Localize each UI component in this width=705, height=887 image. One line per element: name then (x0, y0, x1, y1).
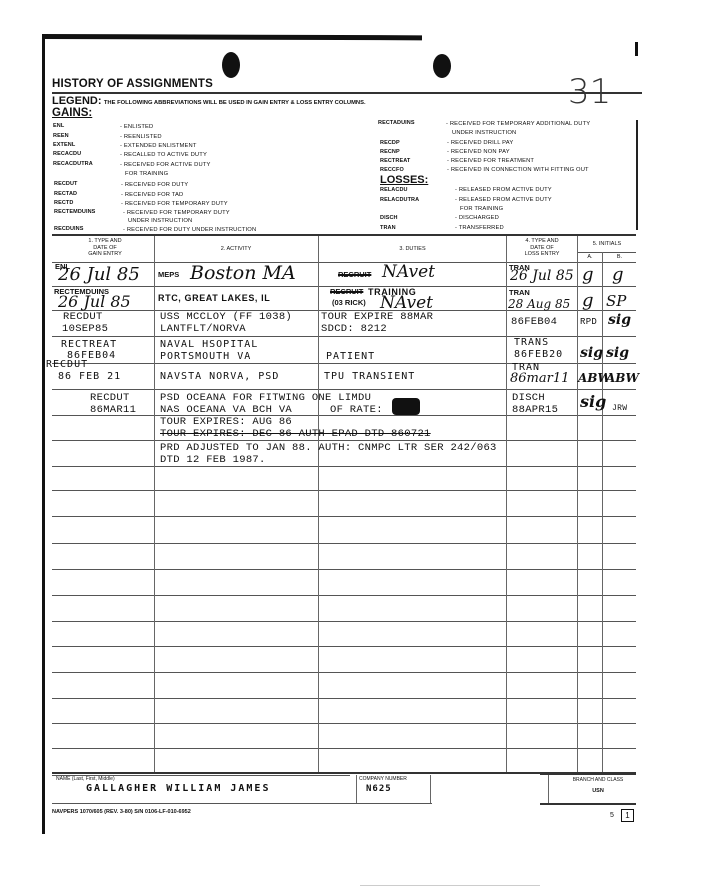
loss-type: TRANS (514, 337, 549, 348)
gain-desc: - RECEIVED FOR TEMPORARY DUTY (123, 210, 230, 216)
punch-hole-right (433, 54, 451, 78)
gain-desc: - RECEIVED FOR TAD (121, 192, 183, 198)
initials-b-signature: ABW (606, 371, 639, 385)
initials-b: g (612, 264, 624, 285)
col-header-gain: 1. TYPE AND DATE OF GAIN ENTRY (60, 238, 150, 258)
loss-type: TRAN (509, 288, 530, 297)
gain-desc-cont: FOR TRAINING (125, 171, 168, 177)
gain-desc: - RECEIVED IN CONNECTION WITH FITTING OU… (447, 167, 589, 173)
legend-text: THE FOLLOWING ABBREVIATIONS WILL BE USED… (104, 100, 366, 106)
name-value: GALLAGHER WILLIAM JAMES (86, 783, 270, 794)
activity-line-2: PORTSMOUTH VA (160, 351, 251, 362)
company-value: N625 (366, 784, 392, 794)
loss-date-handwritten: 26 Jul 85 (510, 268, 574, 284)
gain-desc: - RECEIVED FOR TREATMENT (447, 158, 534, 164)
loss-desc-cont: FOR TRAINING (460, 206, 503, 212)
page-right-border (636, 120, 638, 230)
activity-line-1: NAVAL HSOPITAL (160, 339, 258, 350)
col-divider (318, 236, 319, 772)
gains-heading: GAINS: (52, 107, 92, 119)
row-rule (52, 569, 636, 570)
gain-date: 10SEP85 (62, 323, 108, 335)
initials-b-signature: sig (608, 312, 631, 328)
branch-label: BRANCH AND CLASS (560, 777, 636, 783)
activity-print: MEPS (158, 270, 179, 279)
gain-desc: - RECEIVED FOR DUTY (121, 182, 188, 188)
loss-desc: - RELEASED FROM ACTIVE DUTY (455, 197, 552, 203)
gain-abbr: RECACDUTRA (53, 161, 93, 167)
gain-abbr: ENL (53, 123, 64, 129)
loss-type: DISCH (512, 392, 545, 404)
company-label: COMPANY NUMBER (359, 776, 407, 782)
duty-line-1: PATIENT (326, 351, 375, 362)
col-header-loss: 4. TYPE AND DATE OF LOSS ENTRY (508, 238, 576, 258)
gain-abbr: RECDUINS (54, 226, 84, 232)
gain-abbr: RECTEMDUINS (54, 209, 95, 215)
initials-a: RPD (580, 317, 597, 327)
gain-abbr: RECCFO (380, 167, 404, 173)
row-rule (52, 646, 636, 647)
initials-a-signature: sig (580, 345, 603, 361)
initials-subheader-rule (577, 252, 636, 253)
branch-box-bottom (540, 803, 636, 805)
duty-print-2: (03 RICK) (332, 298, 366, 307)
loss-desc: - DISCHARGED (455, 215, 499, 221)
loss-abbr: DISCH (380, 215, 398, 221)
form-title: HISTORY OF ASSIGNMENTS (52, 78, 213, 90)
col-header-duties: 3. DUTIES (320, 246, 505, 253)
duty-line-2: SDCD: 8212 (321, 323, 387, 335)
gain-abbr: RECNP (380, 149, 400, 155)
name-label: NAME (Last, First, Middle) (56, 776, 115, 782)
gain-abbr: RECTREAT (380, 158, 410, 164)
note-line-struck: TOUR EXPIRES: DEC 86 AUTH EPAD DTD 86072… (160, 428, 431, 440)
gain-desc: - RECEIVED DRILL PAY (447, 140, 513, 146)
page-number-box: 1 (621, 809, 634, 822)
duty-struck: RECRUIT (338, 270, 371, 279)
duty-line-1: TOUR EXPIRE 88MAR (321, 311, 433, 323)
scan-artifact (360, 885, 540, 886)
row-rule (52, 723, 636, 724)
gain-abbr: RECTAD (54, 191, 77, 197)
branch-box-left (548, 775, 549, 803)
gain-desc: - RECEIVED FOR ACTIVE DUTY (120, 162, 211, 168)
activity-line-2: LANTFLT/NORVA (160, 323, 246, 335)
gain-date: 86MAR11 (90, 404, 136, 416)
note-line: DTD 12 FEB 1987. (160, 454, 266, 466)
gain-type: RECDUT (46, 359, 88, 370)
form-id: NAVPERS 1070/605 (REV. 3-80) S/N 0106-LF… (52, 809, 191, 815)
activity-line-1: PSD OCEANA FOR FITWING ONE LIMDU (160, 392, 371, 404)
activity-line-1: NAVSTA NORVA, PSD (160, 371, 279, 382)
col-header-initials: 5. INITIALS (578, 241, 636, 248)
loss-date-handwritten: 28 Aug 85 (508, 297, 570, 311)
initials-b: SP (606, 292, 626, 310)
legend-label: LEGEND: (52, 95, 102, 107)
gain-desc: - EXTENDED ENLISTMENT (120, 143, 197, 149)
name-box-bottom (52, 803, 432, 804)
gain-abbr: RECACDU (53, 151, 81, 157)
col-header-initials-a: A. (578, 254, 602, 261)
row-rule (52, 490, 636, 491)
col-divider (602, 252, 603, 772)
loss-date: 86FEB20 (514, 349, 563, 360)
company-box-right (430, 775, 431, 803)
title-rule (52, 92, 642, 94)
loss-abbr: RELACDU (380, 187, 408, 193)
page-top-border (42, 34, 422, 40)
gain-date: 86 FEB 21 (58, 371, 121, 382)
activity-line-2: NAS OCEANA VA BCH VA (160, 404, 292, 416)
punch-hole-left (222, 52, 240, 78)
loss-abbr: RELACDUTRA (380, 197, 419, 203)
duty-struck: RECRUIT (330, 287, 363, 296)
page-left-border (42, 34, 45, 834)
col-divider (577, 236, 578, 772)
loss-desc: - RELEASED FROM ACTIVE DUTY (455, 187, 552, 193)
row-rule (52, 748, 636, 749)
gain-desc: - RECEIVED FOR TEMPORARY DUTY (121, 201, 228, 207)
duty-handwritten: NAvet (382, 262, 435, 282)
gain-date-handwritten: 26 Jul 85 (58, 264, 140, 285)
row-rule (52, 672, 636, 673)
gain-desc: - RECEIVED FOR DUTY UNDER INSTRUCTION (123, 227, 256, 233)
row-rule (52, 440, 636, 441)
branch-value: USN (560, 788, 636, 794)
gain-desc: - REENLISTED (120, 134, 162, 140)
gain-desc-cont: UNDER INSTRUCTION (128, 218, 192, 224)
gain-type: RECDUT (90, 392, 130, 404)
loss-abbr: TRAN (380, 225, 396, 231)
loss-date: 88APR15 (512, 404, 558, 416)
initials-b-signature: sig (606, 345, 629, 361)
initials-b: JRW (612, 404, 627, 413)
branch-box-top (540, 773, 636, 775)
loss-date: 86FEB04 (511, 316, 557, 328)
gain-abbr: RECDUT (54, 181, 78, 187)
gain-desc: - RECALLED TO ACTIVE DUTY (120, 152, 207, 158)
duty-line-1: TPU TRANSIENT (324, 371, 415, 382)
gain-type: RECTREAT (61, 339, 117, 350)
gain-abbr: RECTD (54, 200, 73, 206)
col-header-activity: 2. ACTIVITY (156, 246, 316, 253)
note-line: TOUR EXPIRES: AUG 86 (160, 416, 292, 428)
gain-desc-cont: UNDER INSTRUCTION (452, 130, 516, 136)
row-rule (52, 543, 636, 544)
page-right-mark (635, 42, 638, 56)
duty-line-2: OF RATE: (330, 404, 383, 416)
losses-heading: LOSSES: (380, 174, 428, 186)
row-rule (52, 516, 636, 517)
activity-print: RTC, GREAT LAKES, IL (158, 293, 270, 303)
col-divider (154, 236, 155, 772)
table-top-rule (52, 234, 636, 236)
activity-line-1: USS MCCLOY (FF 1038) (160, 311, 292, 323)
activity-handwritten: Boston MA (190, 262, 296, 284)
page-prefix: 5 (610, 812, 614, 819)
initials-a: g (582, 264, 594, 285)
row-rule (52, 363, 636, 364)
header-bottom-rule (52, 262, 636, 263)
initials-a-signature: sig (580, 392, 606, 411)
gain-desc: - RECEIVED FOR TEMPORARY ADDITIONAL DUTY (446, 121, 590, 127)
company-box-left (356, 775, 357, 803)
gain-date-handwritten: 26 Jul 85 (58, 292, 131, 311)
row-rule (52, 621, 636, 622)
note-line: PRD ADJUSTED TO JAN 88. AUTH: CNMPC LTR … (160, 442, 497, 454)
row-rule (52, 466, 636, 467)
gain-abbr: EXTENL (53, 142, 75, 148)
gain-type: RECDUT (63, 311, 103, 323)
gain-abbr: RECTADUINS (378, 120, 415, 126)
row-rule (52, 389, 636, 390)
loss-desc: - TRANSFERRED (455, 225, 504, 231)
col-header-initials-b: B. (603, 254, 636, 261)
gain-desc: - RECEIVED NON PAY (447, 149, 510, 155)
loss-date-handwritten: 86mar11 (510, 371, 569, 386)
row-rule (52, 698, 636, 699)
duty-handwritten: NAvet (380, 293, 433, 313)
gain-abbr: RECDP (380, 140, 400, 146)
gain-desc: - ENLISTED (120, 124, 153, 130)
redaction-block (392, 398, 420, 415)
row-rule (52, 595, 636, 596)
initials-a: g (582, 290, 594, 311)
gain-abbr: REEN (53, 133, 69, 139)
col-divider (506, 236, 507, 772)
legend-line: LEGEND: THE FOLLOWING ABBREVIATIONS WILL… (52, 95, 366, 107)
